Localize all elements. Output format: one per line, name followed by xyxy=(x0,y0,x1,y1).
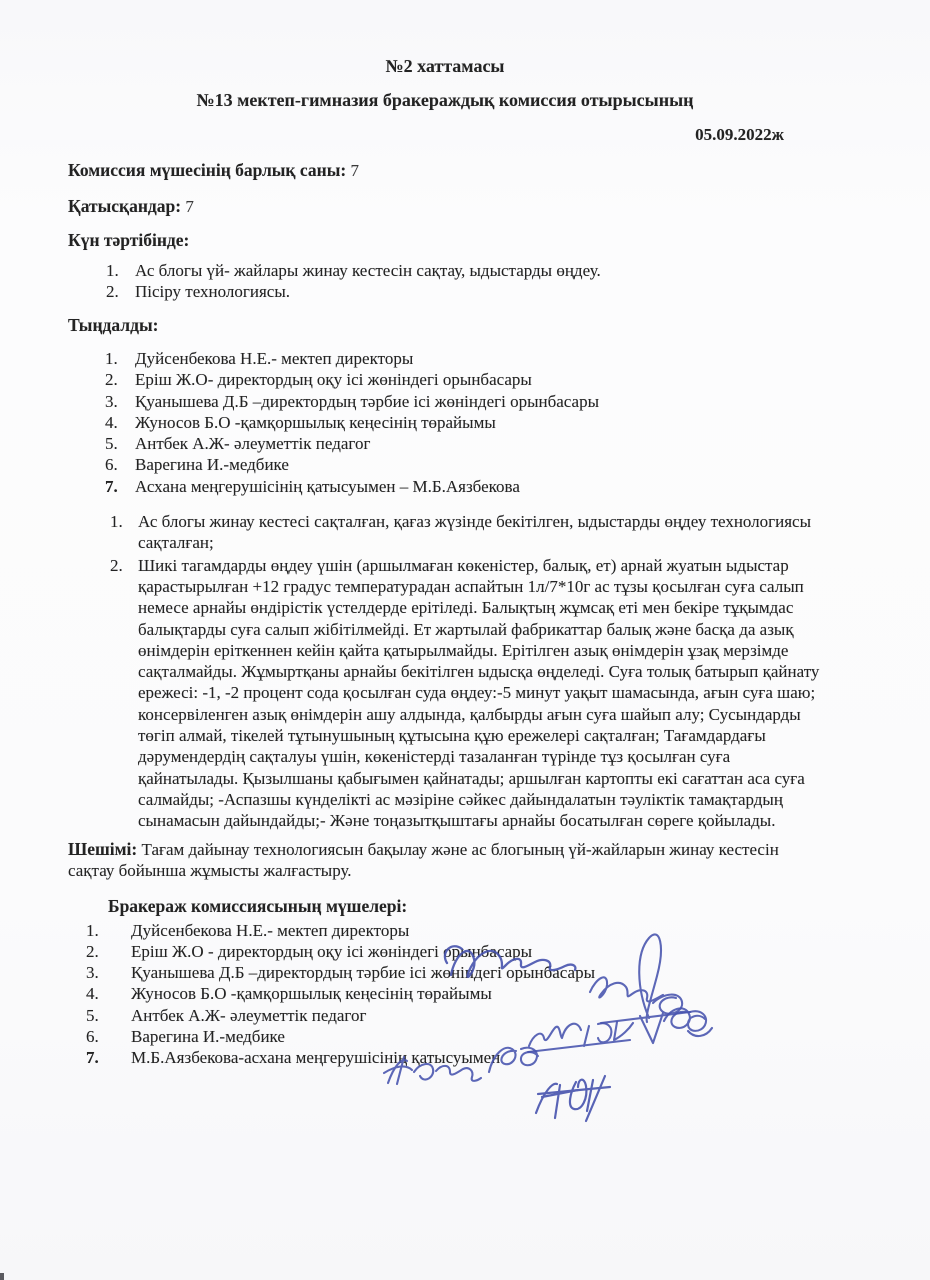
list-item-text: Еріш Ж.О- директордың оқу ісі жөніндегі … xyxy=(135,369,822,390)
list-item-text: Қуанышева Д.Б –директордың тәрбие ісі жө… xyxy=(135,391,822,412)
list-item-number: 1. xyxy=(106,260,135,281)
list-item: 1. Ас блогы жинау кестесі сақталған, қағ… xyxy=(110,511,822,554)
signatories-heading: Бракераж комиссиясының мүшелері: xyxy=(108,896,822,917)
list-item-number: 2. xyxy=(106,281,135,302)
agenda-heading: Күн тәртібінде: xyxy=(68,230,822,251)
list-item: 6. Варегина И.-медбике xyxy=(86,1026,822,1047)
list-item-number: 3. xyxy=(105,391,135,412)
heard-members-list: 1. Дуйсенбекова Н.Е.- мектеп директоры 2… xyxy=(105,348,822,497)
list-item-number: 1. xyxy=(110,511,138,532)
list-item-number: 2. xyxy=(86,941,131,962)
list-item-number: 3. xyxy=(86,962,131,983)
scan-artifact xyxy=(0,1273,4,1280)
list-item-text: Ас блогы жинау кестесі сақталған, қағаз … xyxy=(138,511,822,554)
document-content: №2 хаттамасы №13 мектеп-гимназия бракера… xyxy=(68,0,822,1280)
scanned-protocol-page: №2 хаттамасы №13 мектеп-гимназия бракера… xyxy=(0,0,930,1280)
list-item: 3. Қуанышева Д.Б –директордың тәрбие ісі… xyxy=(86,962,822,983)
list-item-text: Дуйсенбекова Н.Е.- мектеп директоры xyxy=(135,348,822,369)
list-item: 7. Асхана меңгерушісінің қатысуымен – М.… xyxy=(105,476,822,497)
list-item-text: Ас блогы үй- жайлары жинау кестесін сақт… xyxy=(135,260,822,281)
agenda-list: 1. Ас блогы үй- жайлары жинау кестесін с… xyxy=(106,260,822,302)
list-item: 4. Жуносов Б.О -қамқоршылық кеңесінің тө… xyxy=(105,412,822,433)
commission-total-line: Комиссия мүшесінің барлық саны: 7 xyxy=(68,160,822,181)
decision-paragraph: Шешімі: Тағам дайынау технологиясын бақы… xyxy=(68,839,822,882)
list-item-number: 1. xyxy=(105,348,135,369)
list-item-text: Асхана меңгерушісінің қатысуымен – М.Б.А… xyxy=(135,476,822,497)
list-item-text: Антбек А.Ж- әлеуметтік педагог xyxy=(135,433,822,454)
commission-total-value: 7 xyxy=(350,161,359,180)
list-item: 2. Шикі тагамдарды өңдеу үшін (аршылмаға… xyxy=(110,555,822,832)
heard-heading: Тыңдалды: xyxy=(68,315,822,336)
list-item-number: 6. xyxy=(105,454,135,475)
attended-line: Қатысқандар: 7 xyxy=(68,196,822,217)
findings-list: 1. Ас блогы жинау кестесі сақталған, қағ… xyxy=(110,511,822,831)
list-item: 2. Еріш Ж.О- директордың оқу ісі жөнінде… xyxy=(105,369,822,390)
list-item: 1. Дуйсенбекова Н.Е.- мектеп директоры xyxy=(86,920,822,941)
list-item-number: 2. xyxy=(105,369,135,390)
list-item: 3. Қуанышева Д.Б –директордың тәрбие ісі… xyxy=(105,391,822,412)
decision-text: Тағам дайынау технологиясын бақылау және… xyxy=(68,840,779,881)
list-item-text: Шикі тагамдарды өңдеу үшін (аршылмаған к… xyxy=(138,555,822,832)
protocol-number-title: №2 хаттамасы xyxy=(68,0,822,77)
commission-total-label: Комиссия мүшесінің барлық саны: xyxy=(68,160,346,180)
list-item: 1. Дуйсенбекова Н.Е.- мектеп директоры xyxy=(105,348,822,369)
list-item-number: 7. xyxy=(105,476,135,497)
list-item-text: Дуйсенбекова Н.Е.- мектеп директоры xyxy=(131,920,822,941)
list-item-number: 6. xyxy=(86,1026,131,1047)
list-item: 7. М.Б.Аязбекова-асхана меңгерушісінің қ… xyxy=(86,1047,822,1068)
list-item-text: Антбек А.Ж- әлеуметтік педагог xyxy=(131,1005,822,1026)
list-item: 5. Антбек А.Ж- әлеуметтік педагог xyxy=(86,1005,822,1026)
list-item-number: 4. xyxy=(105,412,135,433)
list-item-text: Еріш Ж.О - директордың оқу ісі жөніндегі… xyxy=(131,941,822,962)
list-item-number: 5. xyxy=(105,433,135,454)
list-item-number: 5. xyxy=(86,1005,131,1026)
list-item-text: М.Б.Аязбекова-асхана меңгерушісінің қаты… xyxy=(131,1047,822,1068)
list-item-text: Жуносов Б.О -қамқоршылық кеңесінің төрай… xyxy=(131,983,822,1004)
list-item-text: Жуносов Б.О -қамқоршылық кеңесінің төрай… xyxy=(135,412,822,433)
list-item-text: Қуанышева Д.Б –директордың тәрбие ісі жө… xyxy=(131,962,822,983)
list-item-number: 7. xyxy=(86,1047,131,1068)
decision-label: Шешімі: xyxy=(68,839,137,859)
list-item-number: 4. xyxy=(86,983,131,1004)
list-item-text: Пісіру технологиясы. xyxy=(135,281,822,302)
list-item-text: Варегина И.-медбике xyxy=(135,454,822,475)
list-item: 5. Антбек А.Ж- әлеуметтік педагог xyxy=(105,433,822,454)
attended-label: Қатысқандар: xyxy=(68,196,181,216)
list-item: 1. Ас блогы үй- жайлары жинау кестесін с… xyxy=(106,260,822,281)
protocol-date: 05.09.2022ж xyxy=(68,124,784,145)
attended-value: 7 xyxy=(185,197,194,216)
list-item-number: 2. xyxy=(110,555,138,576)
meeting-title: №13 мектеп-гимназия бракераждық комиссия… xyxy=(68,89,822,111)
list-item: 6. Варегина И.-медбике xyxy=(105,454,822,475)
list-item-text: Варегина И.-медбике xyxy=(131,1026,822,1047)
list-item: 4. Жуносов Б.О -қамқоршылық кеңесінің тө… xyxy=(86,983,822,1004)
list-item: 2. Еріш Ж.О - директордың оқу ісі жөнінд… xyxy=(86,941,822,962)
list-item-number: 1. xyxy=(86,920,131,941)
list-item: 2. Пісіру технологиясы. xyxy=(106,281,822,302)
signatories-list: 1. Дуйсенбекова Н.Е.- мектеп директоры 2… xyxy=(86,920,822,1069)
